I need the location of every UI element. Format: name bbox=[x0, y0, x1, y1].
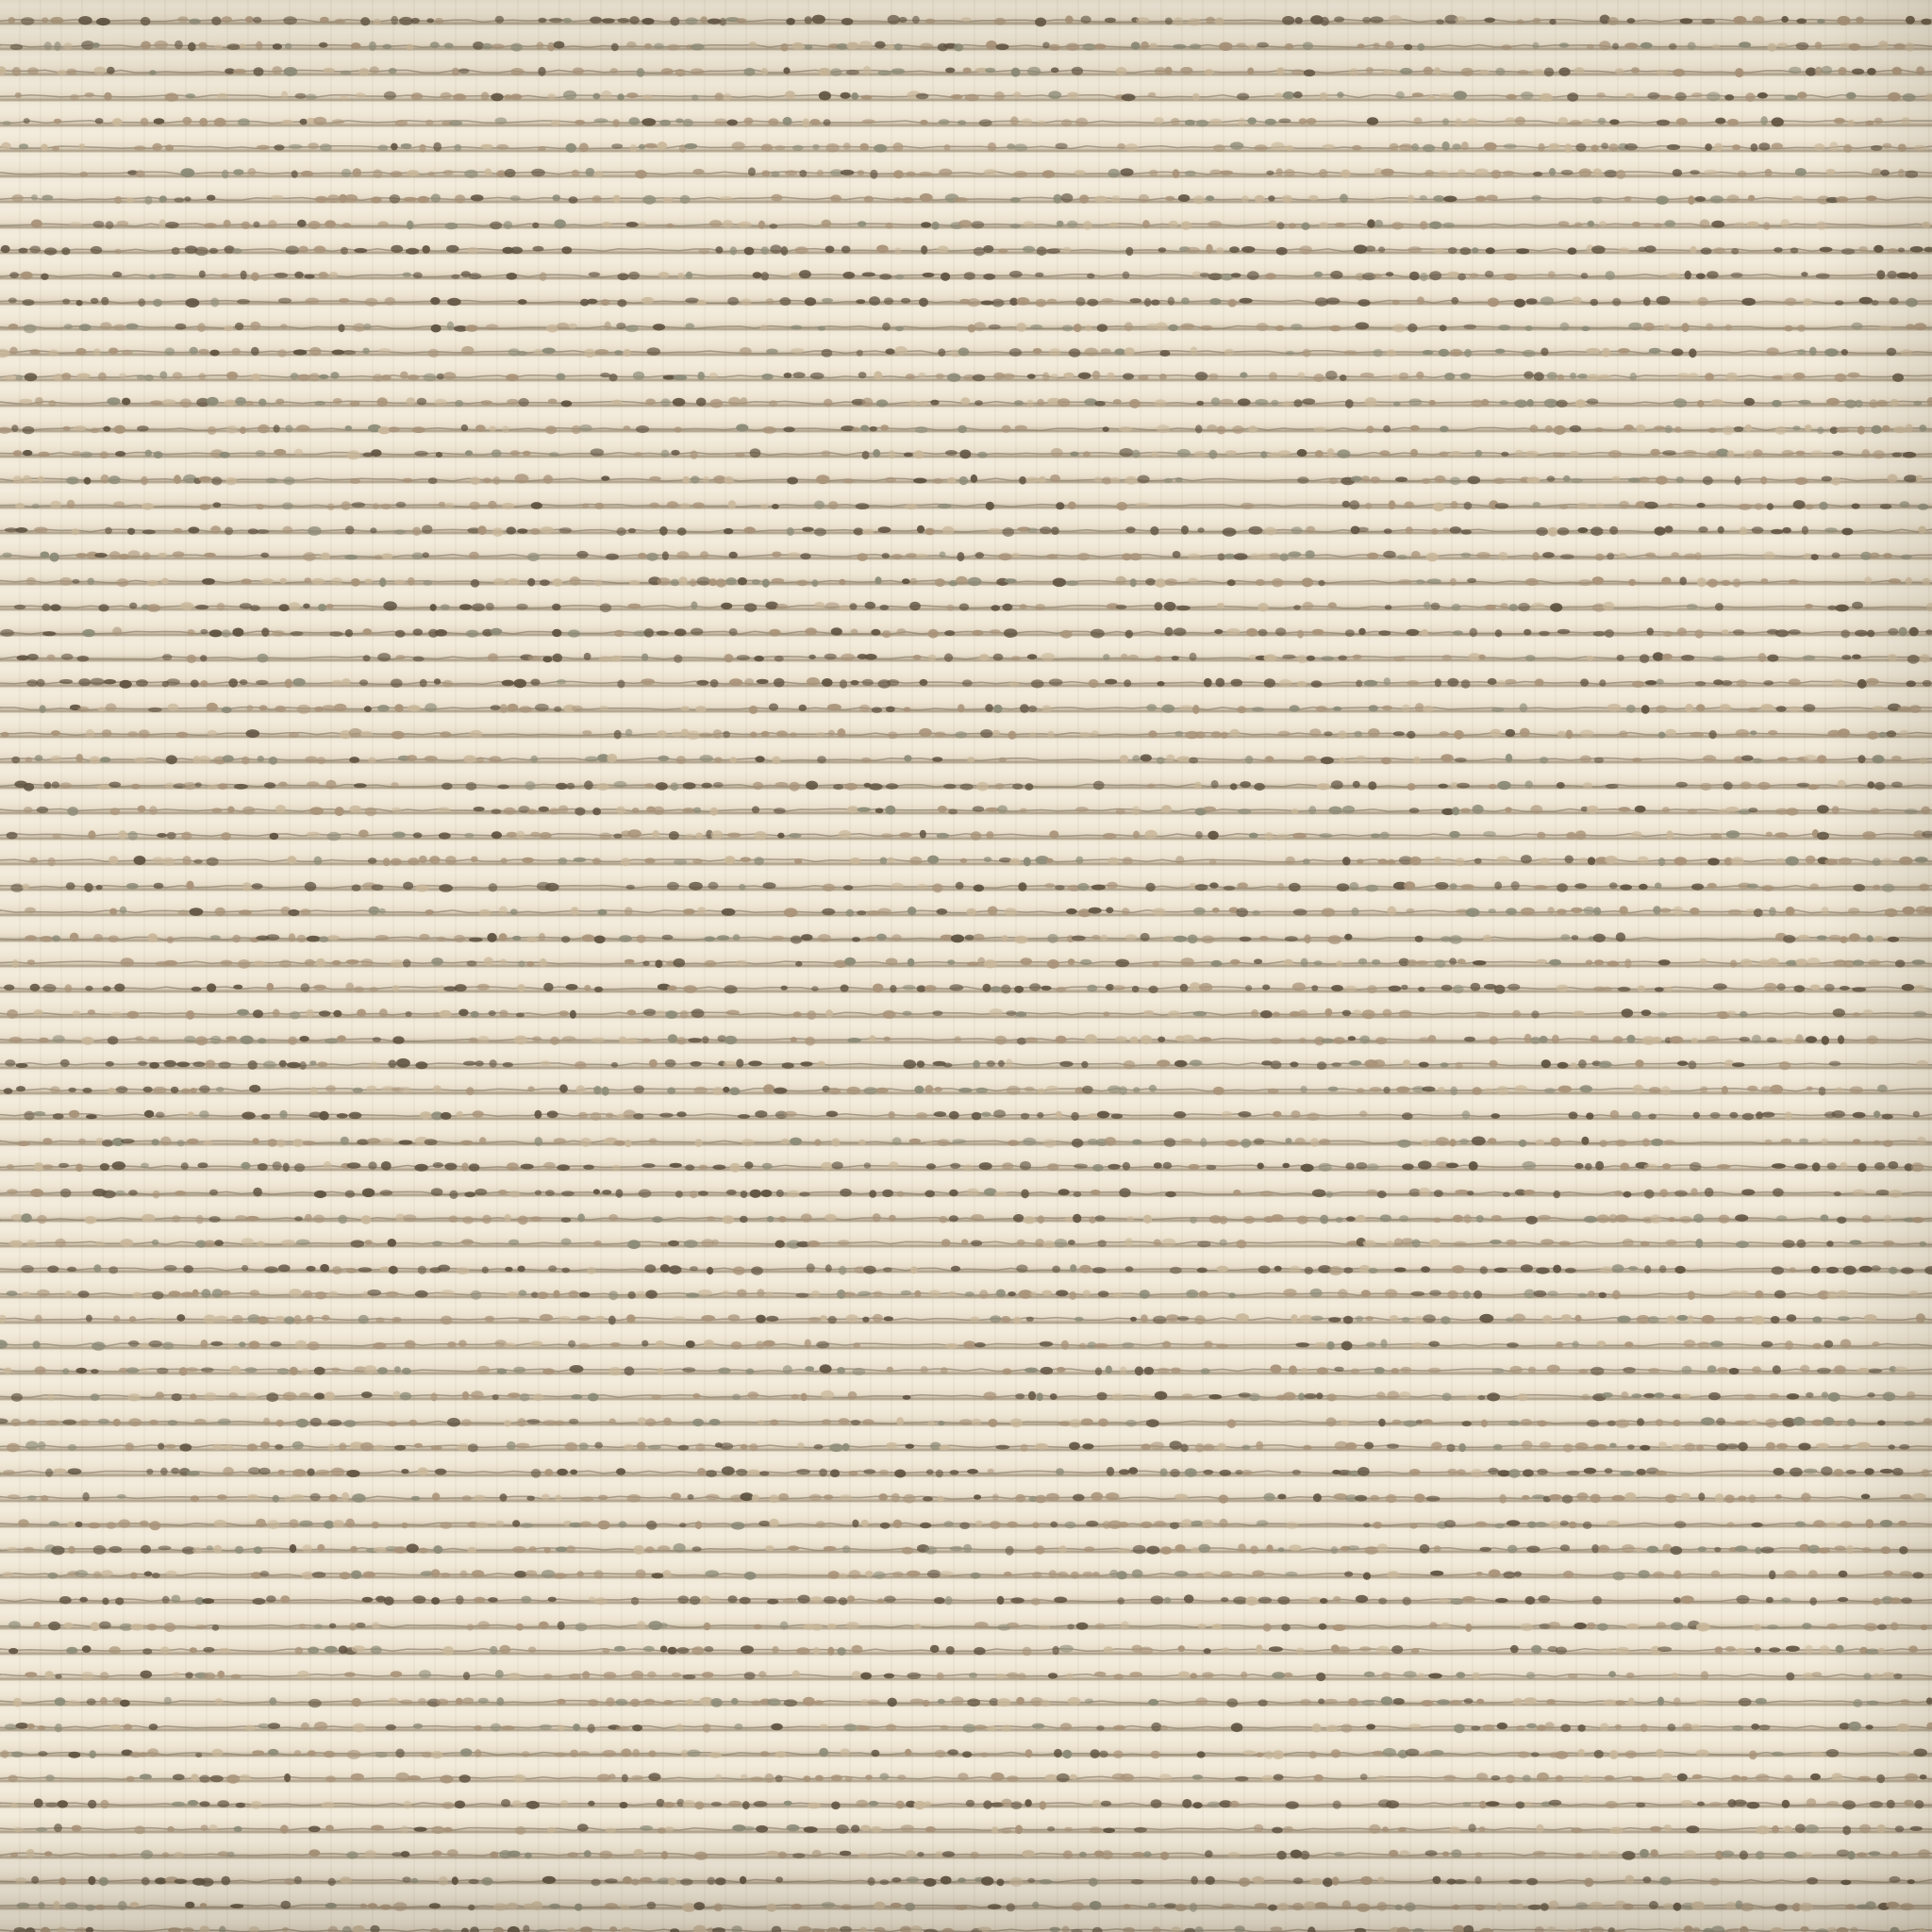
knotted-yarn-lines bbox=[0, 0, 1932, 1932]
rug-texture-photo bbox=[0, 0, 1932, 1932]
